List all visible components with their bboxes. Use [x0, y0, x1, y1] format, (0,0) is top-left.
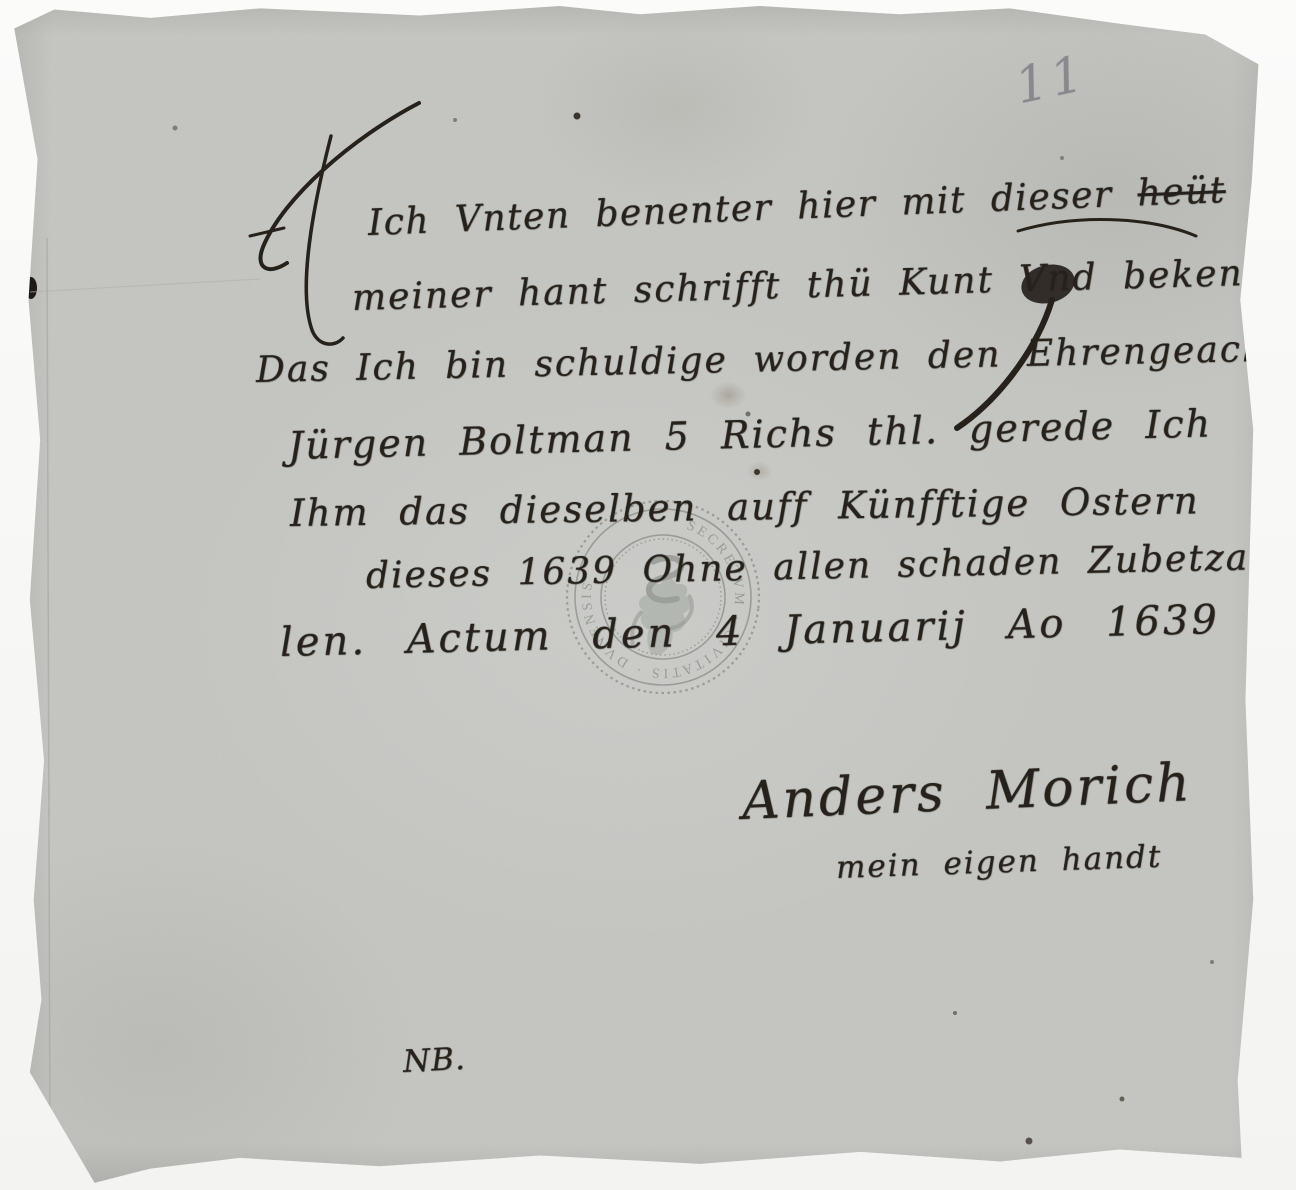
edge-ink-speck	[25, 277, 37, 299]
crease-lines	[30, 238, 260, 1145]
nota-bene-mark: NB.	[402, 1041, 467, 1080]
document-scan: · SECRETVM · CIVITATIS · DVNENSIS	[0, 0, 1296, 1190]
initial-descender	[306, 136, 343, 344]
strikethrough-swash	[1018, 220, 1196, 236]
paper-sheet: · SECRETVM · CIVITATIS · DVNENSIS	[0, 0, 1296, 1190]
initial-flourish	[260, 103, 419, 269]
line-1-struck-word: heüt	[1137, 170, 1227, 214]
